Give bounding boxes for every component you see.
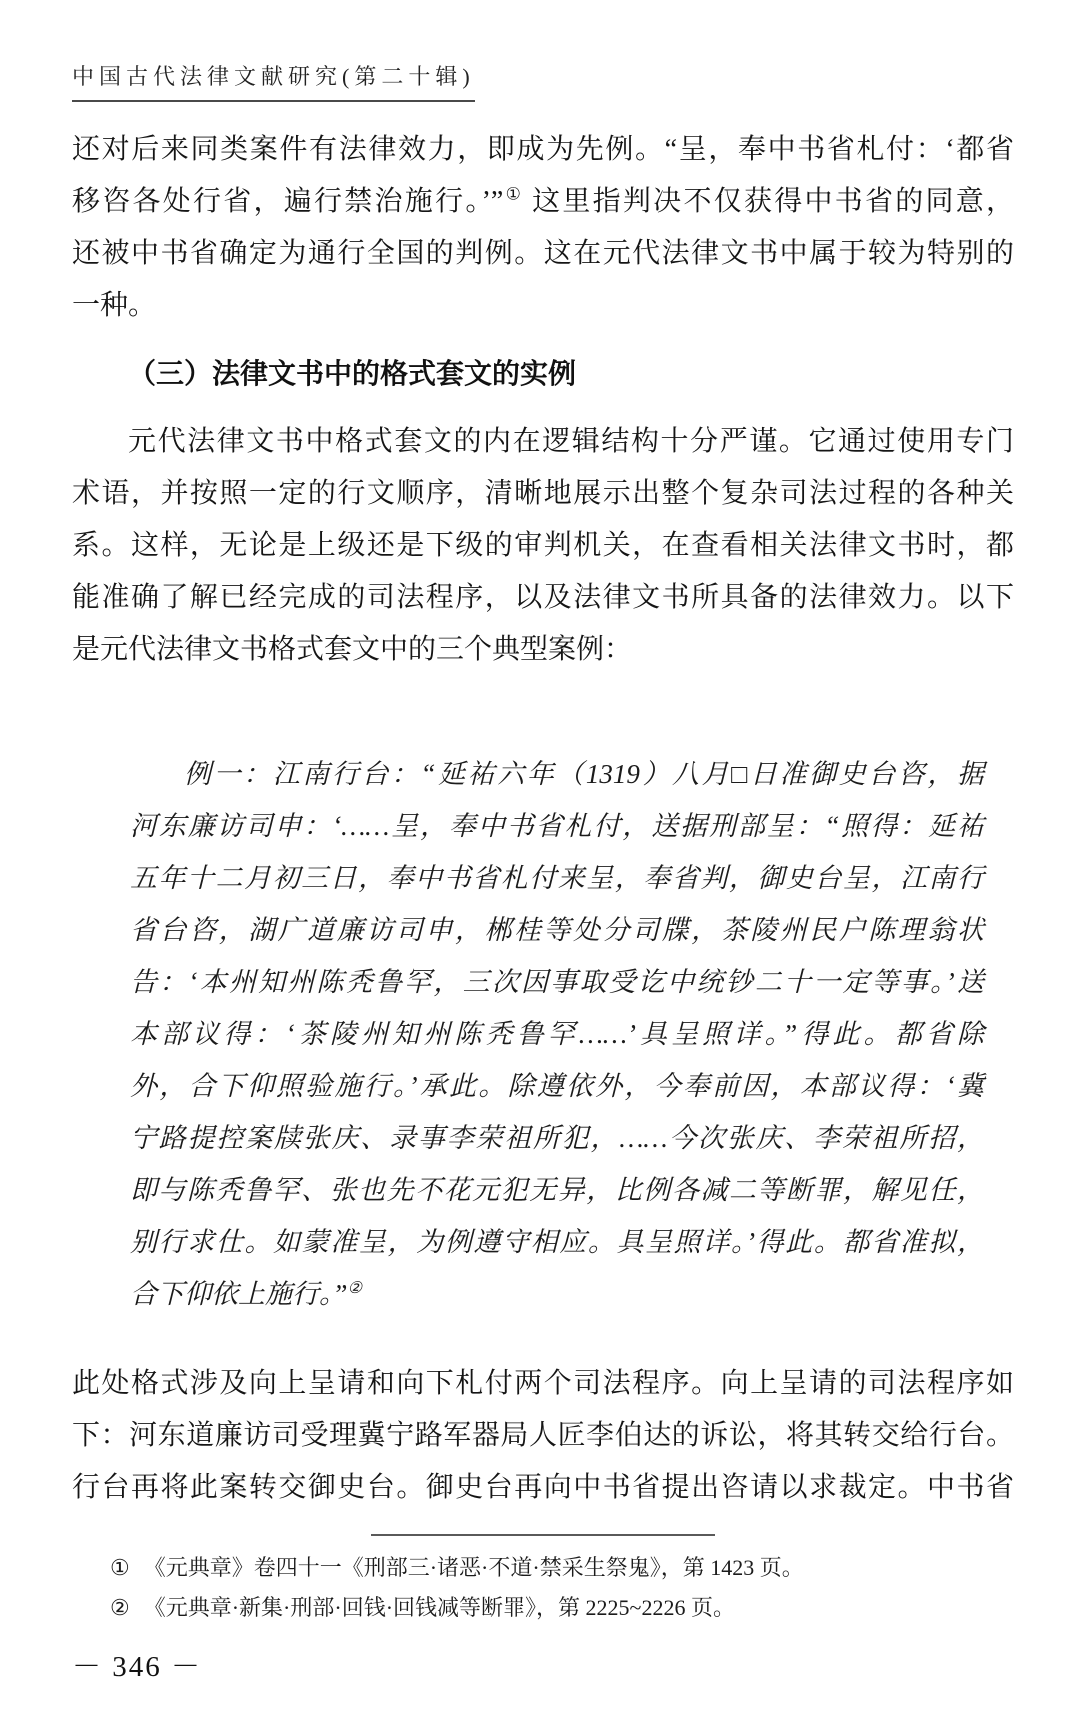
footnote-text: 《元典章》卷四十一《刑部三·诸恶·不道·禁采生祭鬼》，第 1423 页。 [144, 1555, 804, 1580]
paragraph-analysis: 此处格式涉及向上呈请和向下札付两个司法程序。向上呈请的司法程序如 下：河东道廉访… [72, 1358, 1014, 1514]
quote-line: 合下仰依上施行。”② [130, 1268, 984, 1320]
quote-line: 外，合下仰照验施行。’承此。除遵依外，今奉前因，本部议得：‘冀 [130, 1060, 984, 1112]
quote-line: 五年十二月初三日，奉中书省札付来呈，奉省判，御史台呈，江南行 [130, 852, 984, 904]
page-number: － 346 － [72, 1644, 202, 1685]
text-line: 元代法律文书中格式套文的内在逻辑结构十分严谨。它通过使用专门 [72, 416, 1014, 468]
document-page: 中国古代法律文献研究(第二十辑) 还对后来同类案件有法律效力，即成为先例。“呈，… [0, 0, 1080, 1716]
paragraph-overview: 元代法律文书中格式套文的内在逻辑结构十分严谨。它通过使用专门 术语，并按照一定的… [72, 416, 1014, 676]
page-body: 还对后来同类案件有法律效力，即成为先例。“呈，奉中书省札付：‘都省 移咨各处行省… [72, 124, 1014, 1628]
quote-line: 河东廉访司申：‘……呈，奉中书省札付，送据刑部呈：“照得：延祐 [130, 800, 984, 852]
footnote-marker: ② [110, 1595, 130, 1620]
quote-line: 本部议得：‘茶陵州知州陈秃鲁罕……’具呈照详。”得此。都省除 [130, 1008, 984, 1060]
text-line: 移咨各处行省，遍行禁治施行。’”① 这里指判决不仅获得中书省的同意， [72, 176, 1014, 228]
text-line: 此处格式涉及向上呈请和向下札付两个司法程序。向上呈请的司法程序如 [72, 1358, 1014, 1410]
text-line: 系。这样，无论是上级还是下级的审判机关，在查看相关法律文书时，都 [72, 520, 1014, 572]
text-line: 能准确了解已经完成的司法程序，以及法律文书所具备的法律效力。以下 [72, 572, 1014, 624]
footnote-text: 《元典章·新集·刑部·回钱·回钱减等断罪》，第 2225~2226 页。 [144, 1595, 735, 1620]
section-heading: （三）法律文书中的格式套文的实例 [72, 348, 1014, 400]
text-line: 行台再将此案转交御史台。御史台再向中书省提出咨请以求裁定。中书省 [72, 1462, 1014, 1514]
quote-line: 告：‘本州知州陈秃鲁罕，三次因事取受讫中统钞二十一定等事。’送 [130, 956, 984, 1008]
footnote-divider [371, 1534, 715, 1536]
case-quotation-block: 例一：江南行台：“延祐六年（1319）八月□日准御史台咨，据 河东廉访司申：‘…… [130, 748, 984, 1320]
text-line: 还被中书省确定为通行全国的判例。这在元代法律文书中属于较为特别的 [72, 228, 1014, 280]
text-line: 术语，并按照一定的行文顺序，清晰地展示出整个复杂司法过程的各种关 [72, 468, 1014, 520]
quote-line: 别行求仕。如蒙准呈，为例遵守相应。具呈照详。’得此。都省准拟， [130, 1216, 984, 1268]
text-line: 还对后来同类案件有法律效力，即成为先例。“呈，奉中书省札付：‘都省 [72, 124, 1014, 176]
footnote: ①《元典章》卷四十一《刑部三·诸恶·不道·禁采生祭鬼》，第 1423 页。 [72, 1548, 1014, 1588]
text-line: 是元代法律文书格式套文中的三个典型案例： [72, 624, 1014, 676]
quote-line: 宁路提控案牍张庆、录事李荣祖所犯，……今次张庆、李荣祖所招， [130, 1112, 984, 1164]
book-title: 中国古代法律文献研究(第二十辑) [72, 60, 475, 102]
text-line: 一种。 [72, 280, 1014, 332]
footnotes: ①《元典章》卷四十一《刑部三·诸恶·不道·禁采生祭鬼》，第 1423 页。 ②《… [72, 1548, 1014, 1628]
quote-line: 例一：江南行台：“延祐六年（1319）八月□日准御史台咨，据 [130, 748, 984, 800]
text-line: 下：河东道廉访司受理冀宁路军器局人匠李伯达的诉讼，将其转交给行台。 [72, 1410, 1014, 1462]
footnote-marker: ① [110, 1555, 130, 1580]
paragraph-continuation: 还对后来同类案件有法律效力，即成为先例。“呈，奉中书省札付：‘都省 移咨各处行省… [72, 124, 1014, 332]
quote-line: 即与陈秃鲁罕、张也先不花元犯无异，比例各减二等断罪，解见任， [130, 1164, 984, 1216]
footnote: ②《元典章·新集·刑部·回钱·回钱减等断罪》，第 2225~2226 页。 [72, 1588, 1014, 1628]
quote-line: 省台咨，湖广道廉访司申，郴桂等处分司牒，茶陵州民户陈理翁状 [130, 904, 984, 956]
running-head: 中国古代法律文献研究(第二十辑) [72, 60, 1014, 102]
